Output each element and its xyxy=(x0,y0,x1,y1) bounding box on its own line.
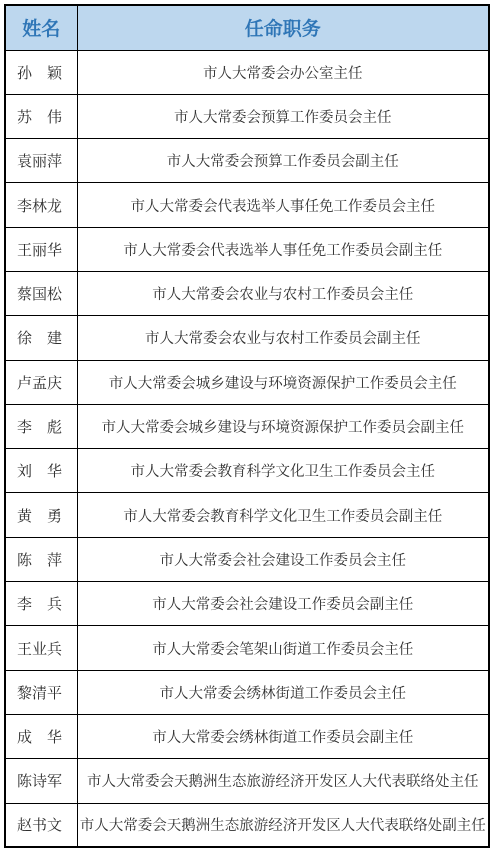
name-cell: 李林龙 xyxy=(5,183,77,227)
table-row: 成 华 市人大常委会绣林街道工作委员会副主任 xyxy=(5,714,489,758)
table-header-row: 姓名 任命职务 xyxy=(5,5,489,50)
table-row: 孙 颖 市人大常委会办公室主任 xyxy=(5,50,489,94)
position-cell: 市人大常委会笔架山街道工作委员会主任 xyxy=(77,626,489,670)
name-cell: 王业兵 xyxy=(5,626,77,670)
name-cell: 徐 建 xyxy=(5,316,77,360)
name-cell: 黎清平 xyxy=(5,670,77,714)
name-cell: 黄 勇 xyxy=(5,493,77,537)
name-cell: 陈 萍 xyxy=(5,537,77,581)
table-row: 袁丽萍 市人大常委会预算工作委员会副主任 xyxy=(5,139,489,183)
position-cell: 市人大常委会绣林街道工作委员会副主任 xyxy=(77,714,489,758)
position-cell: 市人大常委会城乡建设与环境资源保护工作委员会主任 xyxy=(77,360,489,404)
table-row: 王业兵 市人大常委会笔架山街道工作委员会主任 xyxy=(5,626,489,670)
position-cell: 市人大常委会预算工作委员会副主任 xyxy=(77,139,489,183)
name-cell: 陈诗军 xyxy=(5,759,77,803)
name-cell: 李 彪 xyxy=(5,404,77,448)
table-row: 李 兵 市人大常委会社会建设工作委员会副主任 xyxy=(5,582,489,626)
table-row: 陈 萍 市人大常委会社会建设工作委员会主任 xyxy=(5,537,489,581)
table-row: 赵书文 市人大常委会天鹅洲生态旅游经济开发区人大代表联络处副主任 xyxy=(5,803,489,847)
position-cell: 市人大常委会教育科学文化卫生工作委员会主任 xyxy=(77,449,489,493)
appointment-table: 姓名 任命职务 孙 颖 市人大常委会办公室主任 苏 伟 市人大常委会预算工作委员… xyxy=(4,4,490,848)
table-row: 黎清平 市人大常委会绣林街道工作委员会主任 xyxy=(5,670,489,714)
position-cell: 市人大常委会教育科学文化卫生工作委员会副主任 xyxy=(77,493,489,537)
name-cell: 孙 颖 xyxy=(5,50,77,94)
table-row: 苏 伟 市人大常委会预算工作委员会主任 xyxy=(5,94,489,138)
position-cell: 市人大常委会绣林街道工作委员会主任 xyxy=(77,670,489,714)
column-header-position: 任命职务 xyxy=(77,5,489,50)
position-cell: 市人大常委会代表选举人事任免工作委员会副主任 xyxy=(77,227,489,271)
table-row: 卢孟庆 市人大常委会城乡建设与环境资源保护工作委员会主任 xyxy=(5,360,489,404)
name-cell: 苏 伟 xyxy=(5,94,77,138)
appointment-table-container: 姓名 任命职务 孙 颖 市人大常委会办公室主任 苏 伟 市人大常委会预算工作委员… xyxy=(4,4,490,848)
table-row: 陈诗军 市人大常委会天鹅洲生态旅游经济开发区人大代表联络处主任 xyxy=(5,759,489,803)
position-cell: 市人大常委会社会建设工作委员会副主任 xyxy=(77,582,489,626)
column-header-name: 姓名 xyxy=(5,5,77,50)
name-cell: 王丽华 xyxy=(5,227,77,271)
name-cell: 蔡国松 xyxy=(5,271,77,315)
table-row: 李林龙 市人大常委会代表选举人事任免工作委员会主任 xyxy=(5,183,489,227)
table-body: 孙 颖 市人大常委会办公室主任 苏 伟 市人大常委会预算工作委员会主任 袁丽萍 … xyxy=(5,50,489,847)
table-row: 王丽华 市人大常委会代表选举人事任免工作委员会副主任 xyxy=(5,227,489,271)
table-row: 蔡国松 市人大常委会农业与农村工作委员会主任 xyxy=(5,271,489,315)
table-row: 徐 建 市人大常委会农业与农村工作委员会副主任 xyxy=(5,316,489,360)
table-row: 黄 勇 市人大常委会教育科学文化卫生工作委员会副主任 xyxy=(5,493,489,537)
name-cell: 赵书文 xyxy=(5,803,77,847)
table-row: 李 彪 市人大常委会城乡建设与环境资源保护工作委员会副主任 xyxy=(5,404,489,448)
position-cell: 市人大常委会天鹅洲生态旅游经济开发区人大代表联络处主任 xyxy=(77,759,489,803)
table-row: 刘 华 市人大常委会教育科学文化卫生工作委员会主任 xyxy=(5,449,489,493)
name-cell: 成 华 xyxy=(5,714,77,758)
position-cell: 市人大常委会天鹅洲生态旅游经济开发区人大代表联络处副主任 xyxy=(77,803,489,847)
name-cell: 刘 华 xyxy=(5,449,77,493)
name-cell: 卢孟庆 xyxy=(5,360,77,404)
position-cell: 市人大常委会城乡建设与环境资源保护工作委员会副主任 xyxy=(77,404,489,448)
position-cell: 市人大常委会办公室主任 xyxy=(77,50,489,94)
position-cell: 市人大常委会社会建设工作委员会主任 xyxy=(77,537,489,581)
position-cell: 市人大常委会代表选举人事任免工作委员会主任 xyxy=(77,183,489,227)
position-cell: 市人大常委会农业与农村工作委员会主任 xyxy=(77,271,489,315)
position-cell: 市人大常委会农业与农村工作委员会副主任 xyxy=(77,316,489,360)
name-cell: 袁丽萍 xyxy=(5,139,77,183)
position-cell: 市人大常委会预算工作委员会主任 xyxy=(77,94,489,138)
name-cell: 李 兵 xyxy=(5,582,77,626)
